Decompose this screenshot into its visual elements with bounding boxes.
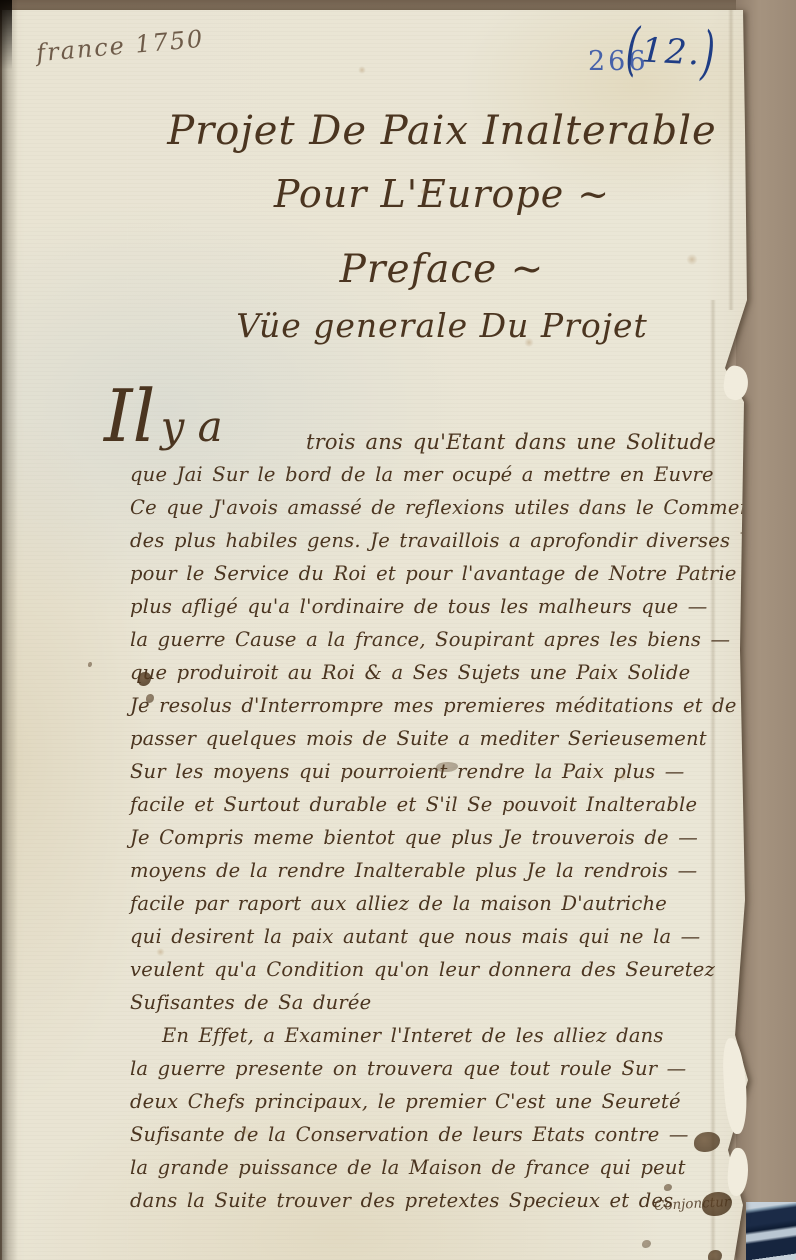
ink-blot: [642, 1240, 651, 1248]
manuscript-line: pour le Service du Roi et pour l'avantag…: [130, 562, 722, 595]
manuscript-line: que Jai Sur le bord de la mer ocupé a me…: [130, 463, 722, 496]
manuscript-line: Sufisantes de Sa durée: [130, 991, 722, 1024]
manuscript-line: En Effet, a Examiner l'Interet de les al…: [130, 1024, 722, 1057]
manuscript-scan: france 1750 266 (12.) Projet De Paix Ina…: [0, 0, 796, 1260]
manuscript-line: veulent qu'a Condition qu'on leur donner…: [130, 958, 722, 991]
foxing-spot: [686, 254, 698, 265]
manuscript-line: la guerre Cause a la france, Soupirant a…: [130, 628, 722, 661]
manuscript-line: que produiroit au Roi & a Ses Sujets une…: [130, 661, 722, 694]
manuscript-line: la guerre presente on trouvera que tout …: [130, 1057, 722, 1090]
ink-folio-number: (12.): [625, 30, 718, 75]
foxing-spot: [618, 772, 628, 781]
pencil-note: france 1750: [35, 25, 205, 68]
ink-blot: [708, 1250, 722, 1260]
ink-blot: [702, 1192, 732, 1216]
foxing-spot: [524, 338, 534, 347]
manuscript-line: moyens de la rendre Inalterable plus Je …: [130, 859, 722, 892]
manuscript-line: dans la Suite trouver des pretextes Spec…: [130, 1189, 722, 1222]
ink-blot: [88, 662, 92, 667]
folio-value: 12.: [640, 30, 702, 73]
folio-close-paren: ): [700, 20, 719, 89]
ink-blot: [740, 1216, 755, 1229]
manuscript-line: Ce que J'avois amassé de reflexions util…: [130, 496, 722, 529]
section-heading: Preface ~: [122, 247, 762, 292]
manuscript-line: Sufisante de la Conservation de leurs Et…: [130, 1123, 722, 1156]
manuscript-line: facile et Surtout durable et S'il Se pou…: [130, 793, 722, 826]
manuscript-line: deux Chefs principaux, le premier C'est …: [130, 1090, 722, 1123]
manuscript-line: facile par raport aux alliez de la maiso…: [130, 892, 722, 925]
manuscript-line: passer quelques mois de Suite a mediter …: [130, 727, 722, 760]
gutter-shadow: [0, 0, 18, 1260]
manuscript-line: Sur les moyens qui pourroient rendre la …: [130, 760, 722, 793]
body-text: trois ans qu'Etant dans une Solitude que…: [130, 430, 722, 1222]
manuscript-line: plus afligé qu'a l'ordinaire de tous les…: [130, 595, 722, 628]
foxing-spot: [420, 188, 427, 195]
foxing-spot: [242, 1128, 251, 1136]
page-wrap: france 1750 266 (12.) Projet De Paix Ina…: [0, 0, 796, 1260]
manuscript-line: qui desirent la paix autant que nous mai…: [130, 925, 722, 958]
manuscript-line: trois ans qu'Etant dans une Solitude: [130, 430, 722, 463]
foxing-spot: [700, 568, 709, 577]
subsection-heading: Vüe generale Du Projet: [122, 306, 762, 345]
foxing-spot: [358, 66, 366, 74]
binding-corner-shadow: [0, 0, 12, 70]
manuscript-line: des plus habiles gens. Je travaillois a …: [130, 529, 722, 562]
manuscript-line: Je Compris meme bientot que plus Je trou…: [130, 826, 722, 859]
manuscript-page: france 1750 266 (12.) Projet De Paix Ina…: [2, 10, 750, 1260]
manuscript-line: Je resolus d'Interrompre mes premieres m…: [130, 694, 722, 727]
manuscript-line: la grande puissance de la Maison de fran…: [130, 1156, 722, 1189]
document-title-line-2: Pour L'Europe ~: [122, 172, 762, 216]
document-title-line-1: Projet De Paix Inalterable: [122, 108, 762, 154]
foxing-spot: [156, 948, 165, 956]
